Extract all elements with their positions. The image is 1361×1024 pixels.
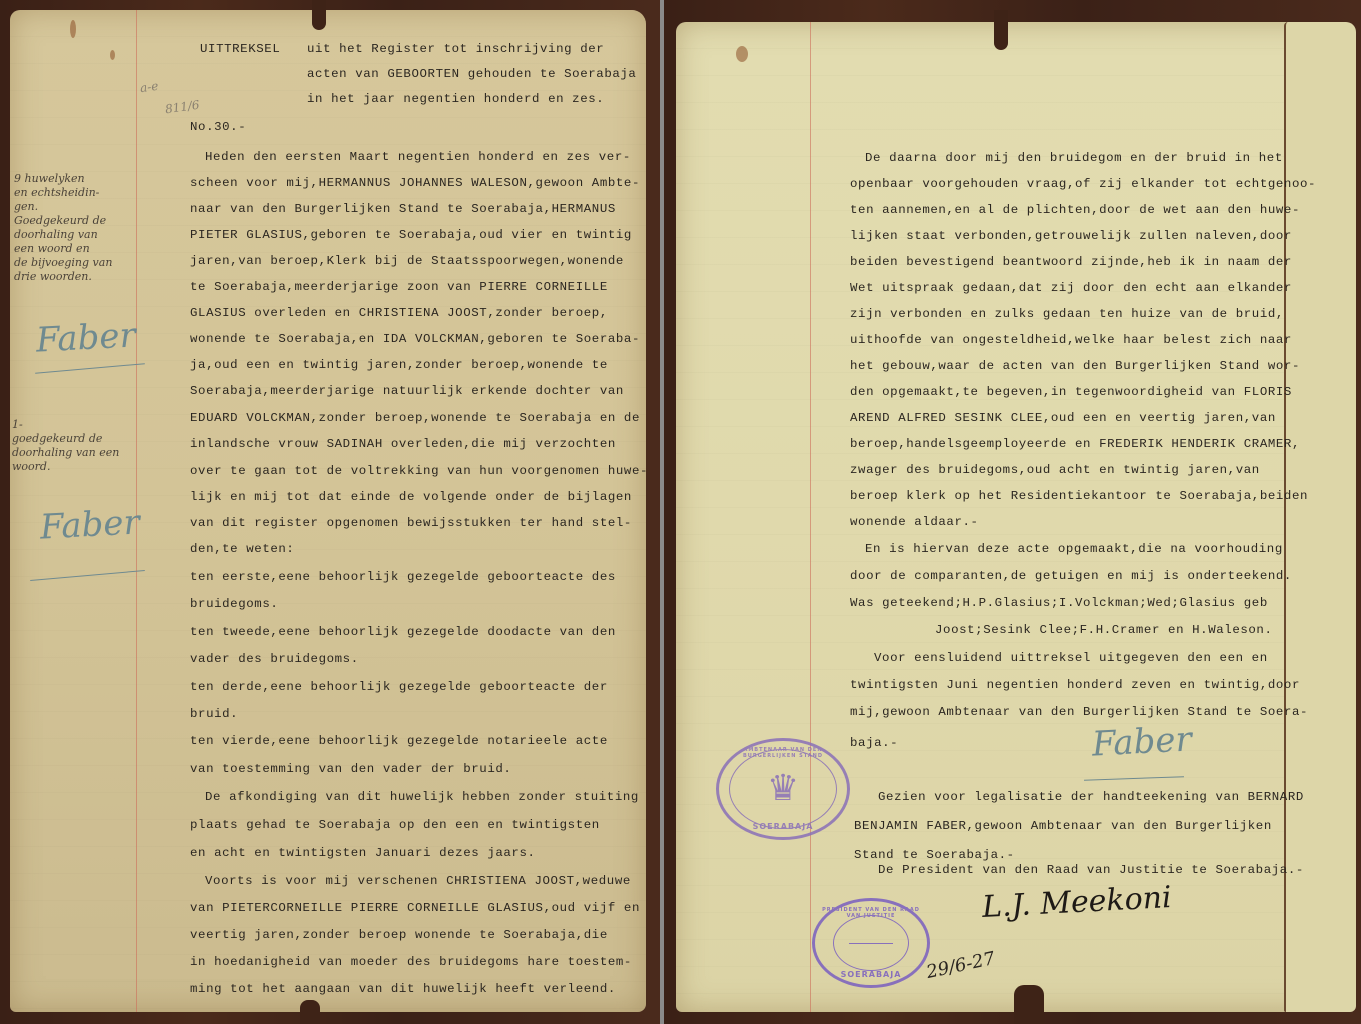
header-title: UITTREKSEL xyxy=(200,42,280,56)
ink-stain xyxy=(736,46,748,62)
scan-page-2: De daarna door mij den bruidegom en der … xyxy=(664,0,1361,1024)
text-line: baja.- xyxy=(850,736,898,750)
text-line: De daarna door mij den bruidegom en der … xyxy=(865,151,1283,165)
text-line: BENJAMIN FABER,gewoon Ambtenaar van den … xyxy=(854,819,1272,833)
text-line: ten eerste,eene behoorlijk gezegelde geb… xyxy=(190,570,616,584)
text-line: EDUARD VOLCKMAN,zonder beroep,wonende te… xyxy=(190,411,640,425)
stamp-top-text: PRESIDENT VAN DEN RAAD VAN JUSTITIE xyxy=(815,907,927,919)
text-line: ten derde,eene behoorlijk gezegelde gebo… xyxy=(190,680,608,694)
text-line: De afkondiging van dit huwelijk hebben z… xyxy=(205,790,639,804)
text-line: twintigsten Juni negentien honderd zeven… xyxy=(850,678,1300,692)
registrar-signature: Faber xyxy=(1091,719,1193,764)
margin-annotation-1: 9 huwelyken en echtsheidin- gen. Goedgek… xyxy=(14,172,112,284)
text-line: PIETER GLASIUS,geboren te Soerabaja,oud … xyxy=(190,228,632,242)
text-line: Joost;Sesink Clee;F.H.Cramer en H.Waleso… xyxy=(935,623,1273,637)
text-line: ten aannemen,en al de plichten,door de w… xyxy=(850,203,1300,217)
scan-page-1: a-e 811/6 UITTREKSEL uit het Register to… xyxy=(0,0,660,1024)
header-line: acten van GEBOORTEN gehouden te Soerabaj… xyxy=(307,67,636,81)
text-line: mij,gewoon Ambtenaar van den Burgerlijke… xyxy=(850,705,1308,719)
text-line: bruidegoms. xyxy=(190,597,278,611)
ink-stain xyxy=(70,20,76,38)
text-line: Gezien voor legalisatie der handteekenin… xyxy=(878,790,1304,804)
text-line: GLASIUS overleden en CHRISTIENA JOOST,zo… xyxy=(190,306,608,320)
margin-annotation-2: 1- goedgekeurd de doorhaling van een woo… xyxy=(12,418,119,474)
ink-stain xyxy=(110,50,115,60)
text-line: vader des bruidegoms. xyxy=(190,652,359,666)
margin-rule xyxy=(810,22,811,1012)
text-line: Stand te Soerabaja.- xyxy=(854,848,1015,862)
stamp-inner-ring xyxy=(729,749,837,829)
text-line: Wet uitspraak gedaan,dat zij door den ec… xyxy=(850,281,1292,295)
text-line: ja,oud een en twintig jaren,zonder beroe… xyxy=(190,358,608,372)
text-line: van PIETERCORNEILLE PIERRE CORNEILLE GLA… xyxy=(190,901,640,915)
paper-tear xyxy=(994,10,1008,50)
text-line: uithoofde van ongesteldheid,welke haar b… xyxy=(850,333,1292,347)
header-line: uit het Register tot inschrijving der xyxy=(307,42,604,56)
text-line: openbaar voorgehouden vraag,of zij elkan… xyxy=(850,177,1316,191)
text-line: beroep,handelsgeemployeerde en FREDERIK … xyxy=(850,437,1300,451)
text-line: door de comparanten,de getuigen en mij i… xyxy=(850,569,1292,583)
burgerlijke-stand-stamp: AMBTENAAR VAN DEN BURGERLIJKEN STAND ♛ S… xyxy=(716,738,850,840)
paper-tear xyxy=(300,1000,320,1024)
text-line: den,te weten: xyxy=(190,542,294,556)
text-line: AREND ALFRED SESINK CLEE,oud een en veer… xyxy=(850,411,1276,425)
margin-signature-2: Faber xyxy=(39,502,141,547)
text-line: plaats gehad te Soerabaja op den een en … xyxy=(190,818,600,832)
stamp-bottom-text: SOERABAJA xyxy=(815,970,927,979)
text-line: jaren,van beroep,Klerk bij de Staatsspoo… xyxy=(190,254,624,268)
text-line: van toestemming van den vader der bruid. xyxy=(190,762,511,776)
text-line: wonende aldaar.- xyxy=(850,515,979,529)
text-line: ten tweede,eene behoorlijk gezegelde doo… xyxy=(190,625,616,639)
text-line: De President van den Raad van Justitie t… xyxy=(878,863,1304,877)
text-line: Voorts is voor mij verschenen CHRISTIENA… xyxy=(205,874,631,888)
text-line: En is hiervan deze acte opgemaakt,die na… xyxy=(865,542,1283,556)
margin-signature-1: Faber xyxy=(35,315,137,360)
text-line: den opgemaakt,te begeven,in tegenwoordig… xyxy=(850,385,1292,399)
text-line: scheen voor mij,HERMANNUS JOHANNES WALES… xyxy=(190,176,640,190)
header-line: in het jaar negentien honderd en zes. xyxy=(307,92,604,106)
text-line: van dit register opgenomen bewijsstukken… xyxy=(190,516,632,530)
text-line: Voor eensluidend uittreksel uitgegeven d… xyxy=(874,651,1268,665)
text-line: in hoedanigheid van moeder des bruidegom… xyxy=(190,955,632,969)
text-line: en acht en twintigsten Januari dezes jaa… xyxy=(190,846,536,860)
text-line: inlandsche vrouw SADINAH overleden,die m… xyxy=(190,437,616,451)
text-line: zijn verbonden en zulks gedaan ten huize… xyxy=(850,307,1284,321)
text-line: veertig jaren,zonder beroep wonende te S… xyxy=(190,928,608,942)
paper-tear xyxy=(1014,985,1044,1024)
stamp-inner-ring xyxy=(833,915,909,971)
pencil-note: a-e xyxy=(139,79,159,95)
text-line: te Soerabaja,meerderjarige zoon van PIER… xyxy=(190,280,608,294)
stamp-bottom-text: SOERABAJA xyxy=(719,822,847,831)
text-line: ming tot het aangaan van dit huwelijk he… xyxy=(190,982,616,996)
text-line: Soerabaja,meerderjarige natuurlijk erken… xyxy=(190,384,624,398)
text-line: lijk en mij tot dat einde de volgende on… xyxy=(190,490,632,504)
text-line: zwager des bruidegoms,oud acht en twinti… xyxy=(850,463,1260,477)
text-line: beroep klerk op het Residentiekantoor te… xyxy=(850,489,1308,503)
record-number: No.30.- xyxy=(190,120,246,134)
text-line: beiden bevestigend beantwoord zijnde,heb… xyxy=(850,255,1292,269)
raad-van-justitie-stamp: PRESIDENT VAN DEN RAAD VAN JUSTITIE SOER… xyxy=(812,898,930,988)
text-line: het gebouw,waar de acten van den Burgerl… xyxy=(850,359,1300,373)
text-line: Was geteekend;H.P.Glasius;I.Volckman;Wed… xyxy=(850,596,1268,610)
text-line: ten vierde,eene behoorlijk gezegelde not… xyxy=(190,734,608,748)
stamp-top-text: AMBTENAAR VAN DEN BURGERLIJKEN STAND xyxy=(719,747,847,759)
paper-tear xyxy=(312,0,326,30)
text-line: wonende te Soerabaja,en IDA VOLCKMAN,geb… xyxy=(190,332,640,346)
text-line: bruid. xyxy=(190,707,238,721)
text-line: lijken staat verbonden,getrouwelijk zull… xyxy=(850,229,1292,243)
text-line: over te gaan tot de voltrekking van hun … xyxy=(190,464,648,478)
text-line: Heden den eersten Maart negentien honder… xyxy=(205,150,631,164)
text-line: naar van den Burgerlijken Stand te Soera… xyxy=(190,202,616,216)
